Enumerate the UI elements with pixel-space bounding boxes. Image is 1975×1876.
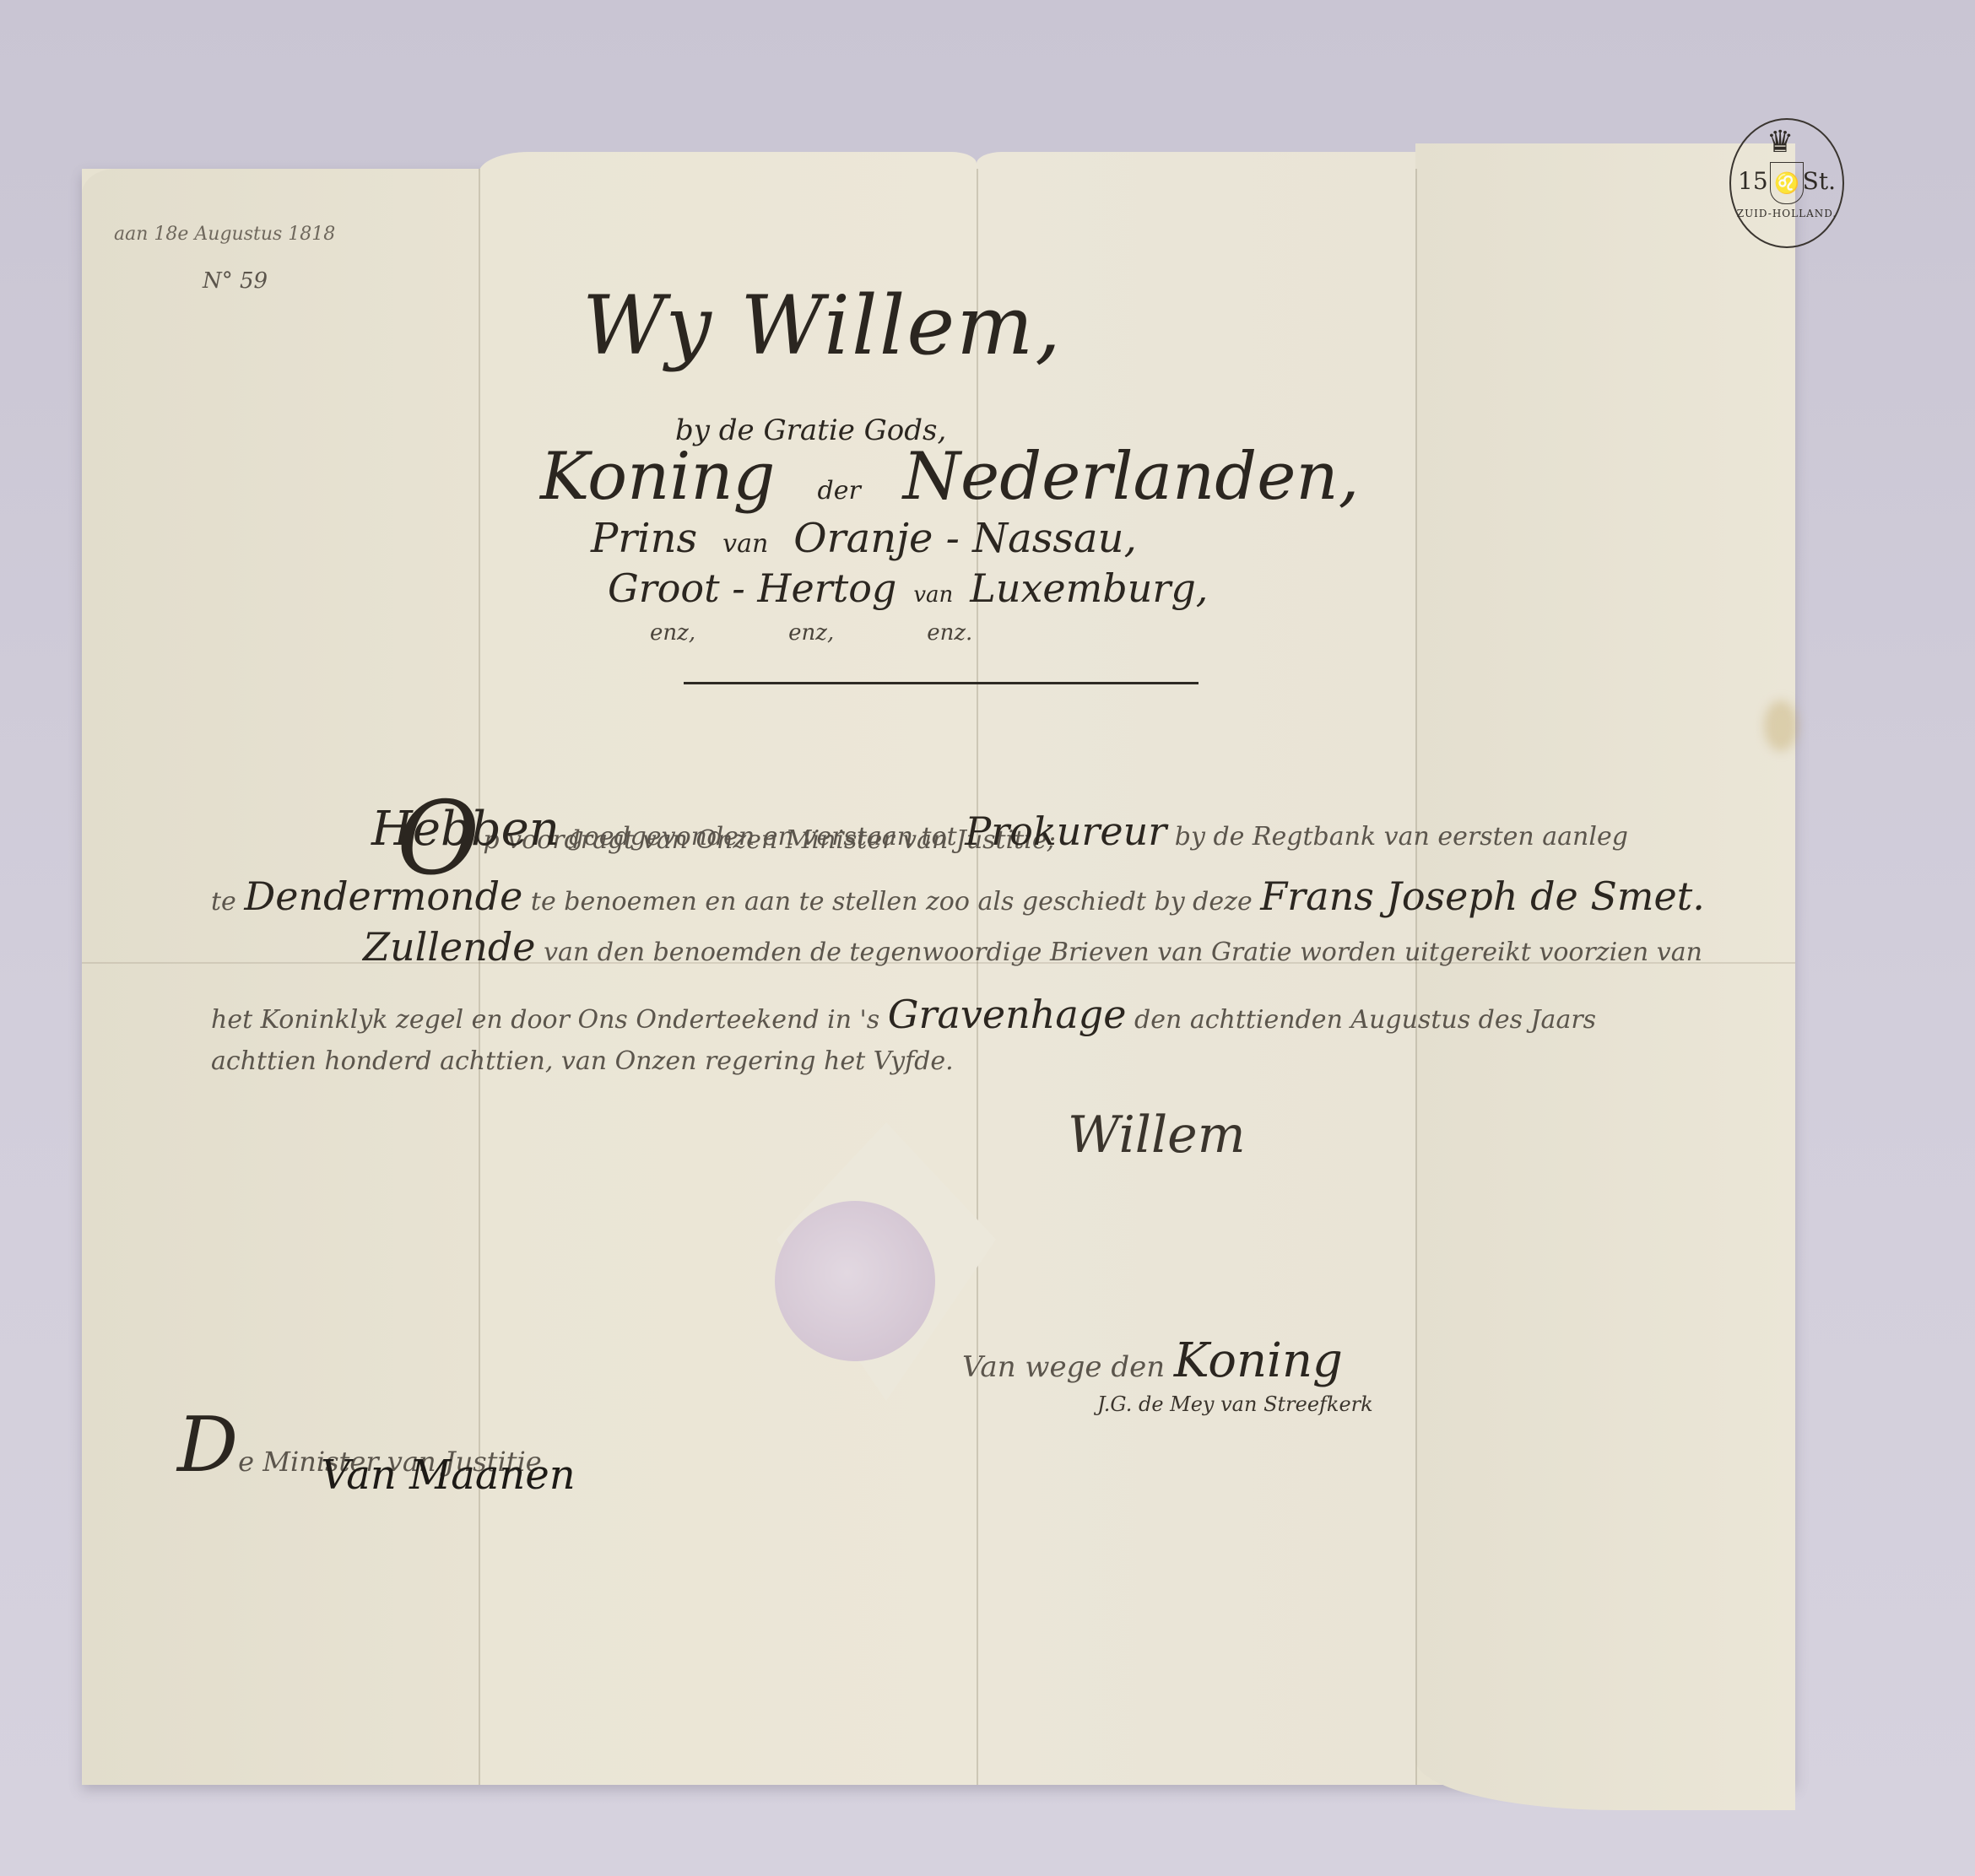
body-line-3: te Dendermonde te benoemen en aan te ste… [211,873,1705,919]
vertical-fold [1415,169,1417,1785]
vertical-fold [479,169,480,1785]
prins-word: Prins [591,515,697,562]
luxemburg-word: Luxemburg, [970,565,1208,611]
van-wege-text: Van wege den [962,1350,1165,1384]
body-line-5: het Koninklyk zegel en door Ons Ondertee… [211,992,1596,1037]
body-text: den achttienden Augustus des Jaars [1134,1005,1596,1035]
groot-hertog-word: Groot - Hertog [608,565,896,611]
fold-panel-1 [82,169,479,1785]
gravenhage-word: Gravenhage [888,992,1127,1037]
heading-divider [684,682,1199,684]
koning-line: KoningderNederlanden, [540,439,1359,515]
wax-seal [775,1201,935,1361]
margin-date-note: aan 18e Augustus 1818 [114,224,335,245]
stamp-value: 15 [1738,167,1768,195]
van-word: van [913,582,953,608]
der-word: der [817,476,860,505]
enz-2: enz, [788,620,834,646]
document-title: Wy Willem, [582,278,1063,373]
nederlanden-word: Nederlanden, [903,439,1360,515]
appointee-name: Frans Joseph de Smet. [1260,873,1705,919]
stamp-unit: St. [1803,167,1836,195]
document-sheet [82,169,1795,1785]
oranje-nassau-word: Oranje - Nassau, [793,515,1137,562]
paper-stain [1764,700,1798,751]
body-text: van den benoemden de tegenwoordige Briev… [544,938,1702,967]
margin-number-note: N° 59 [203,268,268,294]
body-line-4: Zullende van den benoemden de tegenwoord… [363,924,1702,970]
enz-line: enz,enz,enz. [650,620,1065,646]
fold-panel-4 [1415,143,1795,1810]
tax-stamp: ♛ 15 ♌ St. ZUID-HOLLAND. [1729,118,1844,248]
body-line-6: achttien honderd achttien, van Onzen reg… [211,1046,954,1076]
king-signature: Willem [1068,1106,1246,1165]
secretary-signature: J.G. de Mey van Streefkerk [1097,1392,1373,1416]
enz-3: enz. [927,620,972,646]
hebben-word: Hebben [371,802,560,857]
prokureur-word: Prokureur [965,808,1166,854]
body-line-2: Hebben goedgevonden en verstaan tot Prok… [371,802,1628,857]
groot-hertog-line: Groot - HertogvanLuxemburg, [608,565,1208,611]
drop-cap: D [177,1401,238,1489]
minister-signature: Van Maanen [321,1452,576,1499]
body-text: te benoemen en aan te stellen zoo als ge… [531,887,1253,916]
body-text: te [211,887,236,916]
enz-1: enz, [650,620,695,646]
body-text: goedgevonden en verstaan tot [567,822,956,851]
koning-word: Koning [1174,1333,1343,1388]
zullende-word: Zullende [363,924,536,970]
body-text: by de Regtbank van eersten aanleg [1175,822,1628,851]
body-text: het Koninklyk zegel en door Ons Ondertee… [211,1005,879,1035]
lion-shield-icon: ♌ [1770,162,1804,204]
vertical-fold [977,169,978,1785]
stamp-region: ZUID-HOLLAND. [1736,208,1837,219]
crown-icon: ♛ [1767,125,1794,159]
prins-line: PrinsvanOranje - Nassau, [591,515,1137,562]
dendermonde-word: Dendermonde [244,873,522,919]
van-wege-line: Van wege den Koning [962,1333,1343,1388]
van-word: van [722,529,768,559]
koning-word: Koning [540,439,775,515]
